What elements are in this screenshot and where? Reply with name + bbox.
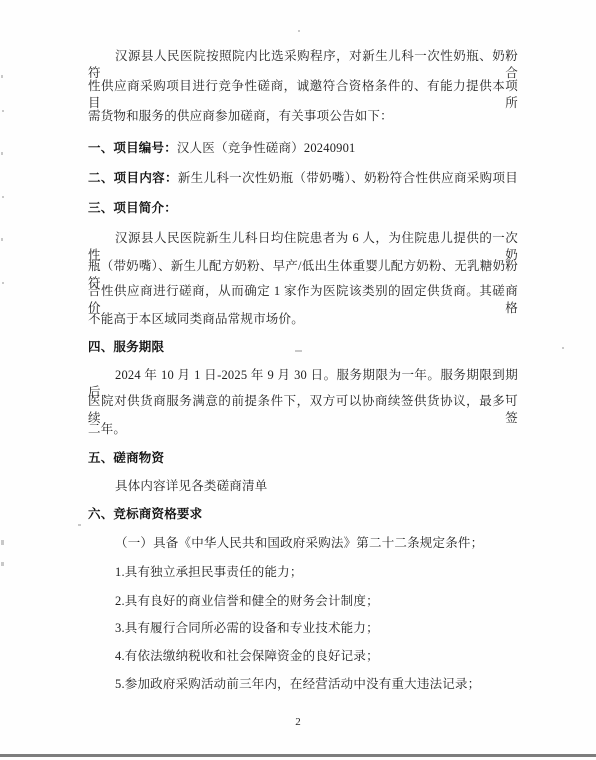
doc-line: 汉源县人民医院按照院内比选采购程序，对新生儿科一次性奶瓶、奶粉符合 — [88, 48, 518, 82]
line-text: 需货物和服务的供应商参加磋商，有关事项公告如下： — [88, 109, 393, 123]
scan-speck — [2, 110, 4, 112]
doc-line: 不能高于本区域同类商品常规市场价。 — [88, 311, 518, 328]
doc-line: 具体内容详见各类磋商清单 — [88, 478, 518, 495]
line-label: 五、磋商物资 — [88, 451, 164, 465]
scan-speck — [1, 540, 4, 545]
line-text: 不能高于本区域同类商品常规市场价。 — [88, 312, 304, 326]
line-text: 2.具有良好的商业信誉和健全的财务会计制度； — [115, 594, 379, 608]
scan-edge-line — [0, 754, 596, 757]
line-text: 新生儿科一次性奶瓶（带奶嘴）、奶粉符合性供应商采购项目 — [178, 171, 518, 185]
doc-line: 二年。 — [88, 421, 518, 438]
scan-speck — [2, 282, 4, 284]
scan-speck — [2, 196, 4, 198]
doc-line-project-number: 一、项目编号：汉人医（竞争性磋商）20240901 — [88, 140, 518, 157]
scan-speck — [562, 347, 564, 349]
line-label: 六、竞标商资格要求 — [88, 507, 202, 521]
line-text: 性供应商采购项目进行竞争性磋商，诚邀符合资格条件的、有能力提供本项目所 — [88, 79, 518, 110]
line-text: （一）具备《中华人民共和国政府采购法》第二十二条规定条件； — [115, 536, 483, 550]
page-number: 2 — [0, 716, 596, 728]
doc-list-item: 3.具有履行合同所必需的设备和专业技术能力； — [88, 620, 518, 637]
doc-list-item: 4.有依法缴纳税收和社会保障资金的良好记录； — [88, 648, 518, 665]
scan-speck — [1, 238, 3, 241]
line-text: 4.有依法缴纳税收和社会保障资金的良好记录； — [115, 649, 379, 663]
doc-heading-project-intro: 三、项目简介： — [88, 200, 518, 217]
line-text: 5.参加政府采购活动前三年内，在经营活动中没有重大违法记录； — [115, 677, 480, 691]
doc-line: （一）具备《中华人民共和国政府采购法》第二十二条规定条件； — [88, 535, 518, 552]
doc-list-item: 1.具有独立承担民事责任的能力； — [88, 564, 518, 581]
doc-list-item: 2.具有良好的商业信誉和健全的财务会计制度； — [88, 593, 518, 610]
line-label: 二、项目内容： — [88, 171, 178, 185]
line-text: 1.具有独立承担民事责任的能力； — [115, 565, 303, 579]
scan-speck — [1, 562, 4, 566]
scan-speck — [298, 30, 300, 32]
doc-line: 性供应商采购项目进行竞争性磋商，诚邀符合资格条件的、有能力提供本项目所 — [88, 78, 518, 112]
document-page: 汉源县人民医院按照院内比选采购程序，对新生儿科一次性奶瓶、奶粉符合 性供应商采购… — [0, 0, 596, 760]
doc-heading-qualifications: 六、竞标商资格要求 — [88, 506, 518, 523]
line-label: 一、项目编号： — [88, 141, 177, 155]
scan-speck — [295, 350, 302, 352]
line-text: 二年。 — [88, 422, 126, 436]
doc-heading-materials: 五、磋商物资 — [88, 450, 518, 467]
scan-speck — [78, 524, 81, 526]
scan-speck — [1, 152, 3, 155]
line-text: 3.具有履行合同所必需的设备和专业技术能力； — [115, 621, 379, 635]
doc-heading-service-period: 四、服务期限 — [88, 339, 518, 356]
doc-line: 需货物和服务的供应商参加磋商，有关事项公告如下： — [88, 108, 518, 125]
doc-list-item: 5.参加政府采购活动前三年内，在经营活动中没有重大违法记录； — [88, 676, 518, 693]
line-text: 汉源县人民医院按照院内比选采购程序，对新生儿科一次性奶瓶、奶粉符合 — [88, 49, 518, 80]
scan-speck — [1, 75, 3, 78]
line-text: 具体内容详见各类磋商清单 — [115, 479, 267, 493]
line-label: 四、服务期限 — [88, 340, 164, 354]
doc-line-project-content: 二、项目内容：新生儿科一次性奶瓶（带奶嘴）、奶粉符合性供应商采购项目 — [88, 170, 518, 187]
line-text: 汉人医（竞争性磋商）20240901 — [177, 141, 356, 155]
line-label: 三、项目简介： — [88, 201, 177, 215]
